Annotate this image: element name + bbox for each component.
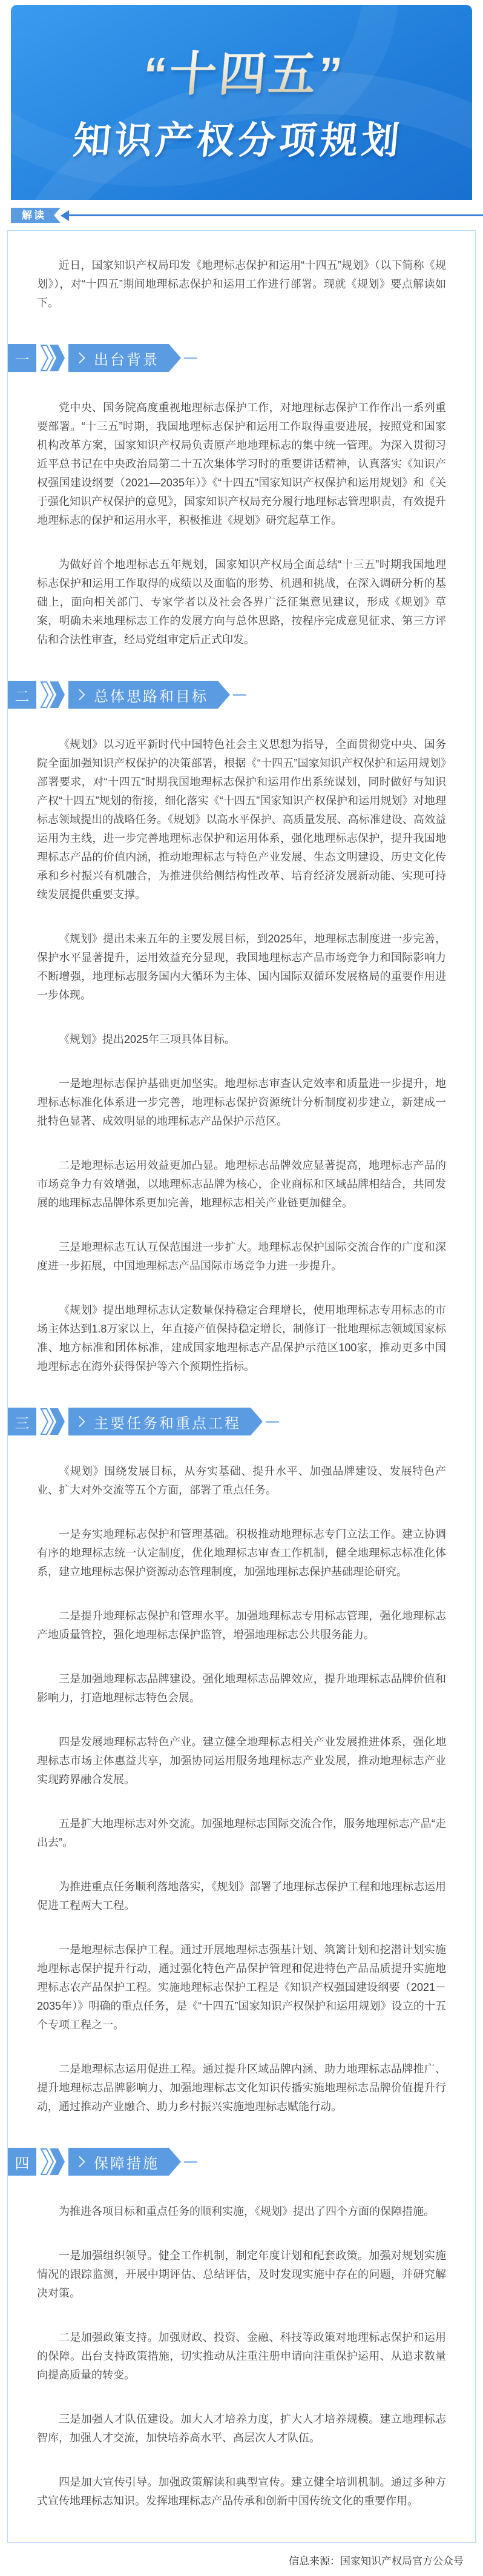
- section-title: 主要任务和重点工程: [94, 1411, 241, 1432]
- paragraph: 四是加大宣传引导。加强政策解读和典型宣传。建立健全培训机制。通过多种方式宣传地理…: [37, 2473, 446, 2511]
- section-title-banner: 保障措施: [68, 2148, 181, 2176]
- paragraph: 党中央、国务院高度重视地理标志保护工作，对地理标志保护工作作出一系列重要部署。“…: [37, 399, 446, 530]
- chevron-right-icon: [39, 681, 66, 709]
- banner-tail-dash: [184, 2161, 197, 2163]
- left-arrowhead-icon: [61, 210, 69, 221]
- paragraph: 五是扩大地理标志对外交流。加强地理标志国际交流合作，服务地理标志产品“走出去”。: [37, 1815, 446, 1852]
- paragraph: 三是加强地理标志品牌建设。强化地理标志品牌效应，提升地理标志品牌价值和影响力，打…: [37, 1670, 446, 1707]
- paragraph: 《规划》围绕发展目标，从夯实基础、提升水平、加强品牌建设、发展特色产业、扩大对外…: [37, 1462, 446, 1500]
- section-title-banner: 总体思路和目标: [68, 681, 230, 709]
- header-banner: “十四五” 知识产权分项规划: [11, 5, 472, 200]
- paragraph: 二是提升地理标志保护和管理水平。加强地理标志专用标志管理，强化地理标志产地质量管…: [37, 1607, 446, 1644]
- paragraph: 二是地理标志运用效益更加凸显。地理标志品牌效应显著提高，地理标志产品的市场竞争力…: [37, 1156, 446, 1213]
- section-number-badge: 三: [8, 1408, 36, 1435]
- section-title: 出台背景: [94, 348, 159, 369]
- paragraph: 三是加强人才队伍建设。加大人才培养力度，扩大人才培养规模。建立地理标志智库，加强…: [37, 2410, 446, 2448]
- section-3-header: 三 主要任务和重点工程: [8, 1408, 446, 1435]
- section-number-badge: 一: [8, 344, 36, 372]
- paragraph: 《规划》提出地理标志认定数量保持稳定合理增长，使用地理标志专用标志的市场主体达到…: [37, 1301, 446, 1376]
- section-title-banner: 出台背景: [68, 344, 181, 372]
- source-line: 信息来源：国家知识产权局官方公众号: [0, 2543, 483, 2576]
- section-4-header: 四 保障措施: [8, 2148, 446, 2176]
- section-1-header: 一 出台背景: [8, 344, 446, 372]
- banner-title-line2: 知识产权分项规划: [11, 110, 471, 164]
- chevron-right-icon: [39, 344, 66, 372]
- paragraph: 为推进各项目标和重点任务的顺利实施，《规划》提出了四个方面的保障措施。: [37, 2202, 446, 2221]
- paragraph: 二是加强政策支持。加强财政、投资、金融、科技等政策对地理标志保护和运用的保障。出…: [37, 2328, 446, 2385]
- chevron-right-icon: [39, 2148, 66, 2176]
- paragraph: 四是发展地理标志特色产业。建立健全地理标志相关产业发展推进体系，强化地理标志市场…: [37, 1733, 446, 1789]
- banner-title-line1: “十四五”: [11, 36, 472, 104]
- paragraph: 一是地理标志保护基础更加坚实。地理标志审查认定效率和质量进一步提升，地理标志标准…: [37, 1074, 446, 1131]
- section-2-header: 二 总体思路和目标: [8, 681, 446, 709]
- interpretation-tag: 解读: [11, 208, 61, 223]
- tag-rule-line: [61, 210, 483, 221]
- banner-title-group: “十四五” 知识产权分项规划: [11, 36, 472, 164]
- paragraph: 为推进重点任务顺利落地落实，《规划》部署了地理标志保护工程和地理标志运用促进工程…: [37, 1878, 446, 1915]
- banner-tail-dash: [233, 694, 246, 696]
- banner-tail-dash: [184, 357, 197, 359]
- section-title: 总体思路和目标: [94, 684, 208, 706]
- section-number-badge: 二: [8, 681, 36, 709]
- paragraph: 二是地理标志运用促进工程。通过提升区域品牌内涵、助力地理标志品牌推广、提升地理标…: [37, 2060, 446, 2116]
- section-title-banner: 主要任务和重点工程: [68, 1408, 263, 1435]
- paragraph: 为做好首个地理标志五年规划，国家知识产权局全面总结“十三五”时期我国地理标志保护…: [37, 555, 446, 649]
- paragraph: 《规划》以习近平新时代中国特色社会主义思想为指导，全面贯彻党中央、国务院全面加强…: [37, 735, 446, 904]
- paragraph: 《规划》提出2025年三项具体目标。: [37, 1030, 446, 1049]
- paragraph: 一是地理标志保护工程。通过开展地理标志强基计划、筑篱计划和挖潜计划实施地理标志保…: [37, 1941, 446, 2035]
- paragraph: 《规划》提出未来五年的主要发展目标，到2025年，地理标志制度进一步完善，保护水…: [37, 930, 446, 1005]
- paragraph: 一是加强组织领导。健全工作机制，制定年度计划和配套政策。加强对规划实施情况的跟踪…: [37, 2247, 446, 2303]
- section-title: 保障措施: [94, 2151, 159, 2173]
- intro-paragraph: 近日，国家知识产权局印发《地理标志保护和运用“十四五”规划》（以下简称《规划》）…: [37, 256, 446, 313]
- chevron-right-icon: [39, 1408, 66, 1435]
- paragraph: 一是夯实地理标志保护和管理基础。积极推动地理标志专门立法工作。建立协调有序的地理…: [37, 1525, 446, 1581]
- section-number-badge: 四: [8, 2148, 36, 2176]
- horizontal-rule: [69, 214, 483, 216]
- paragraph: 三是地理标志互认互保范围进一步扩大。地理标志保护国际交流合作的广度和深度进一步拓…: [37, 1238, 446, 1276]
- banner-tail-dash: [266, 1421, 279, 1423]
- interpretation-tag-row: 解读: [11, 208, 483, 223]
- article-box: 近日，国家知识产权局印发《地理标志保护和运用“十四五”规划》（以下简称《规划》）…: [7, 230, 476, 2543]
